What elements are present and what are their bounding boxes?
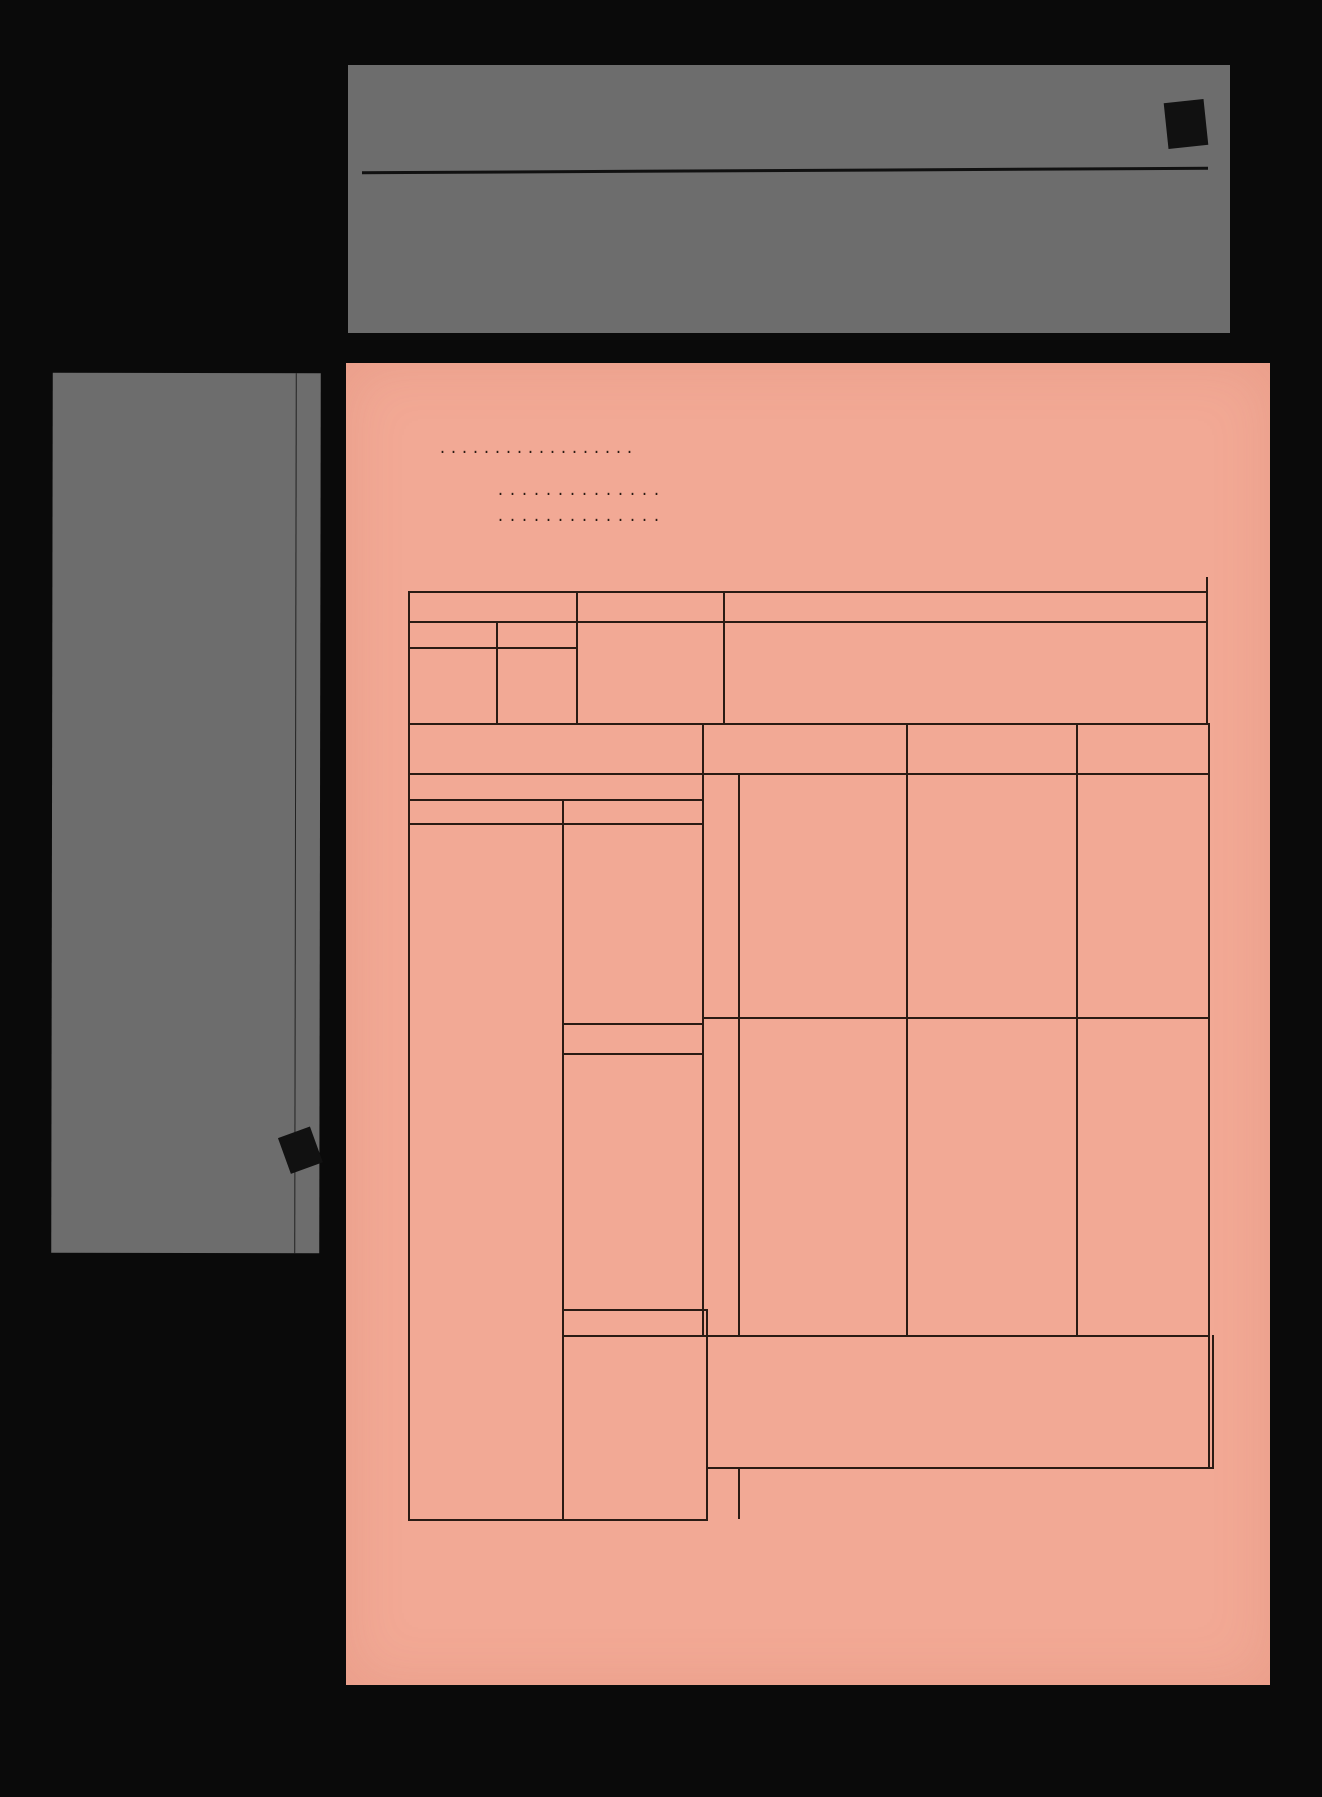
divider [362,167,1208,174]
colour-chart-card [51,373,321,1253]
grey-scale-strip [348,233,1230,333]
company-dots: .................. [438,441,636,458]
grey-scale-labels [358,195,1220,225]
ruler [294,373,321,1253]
data-dots: .............. [496,509,664,526]
danes-picta-logo [1164,99,1209,149]
colour-chart-patches [51,373,201,1253]
scena-dots: .............. [496,483,664,500]
grey-scale-card [348,65,1230,333]
colour-chart-labels [201,373,321,1253]
rehearsal-report-form: .................. .............. ......… [346,363,1270,1685]
